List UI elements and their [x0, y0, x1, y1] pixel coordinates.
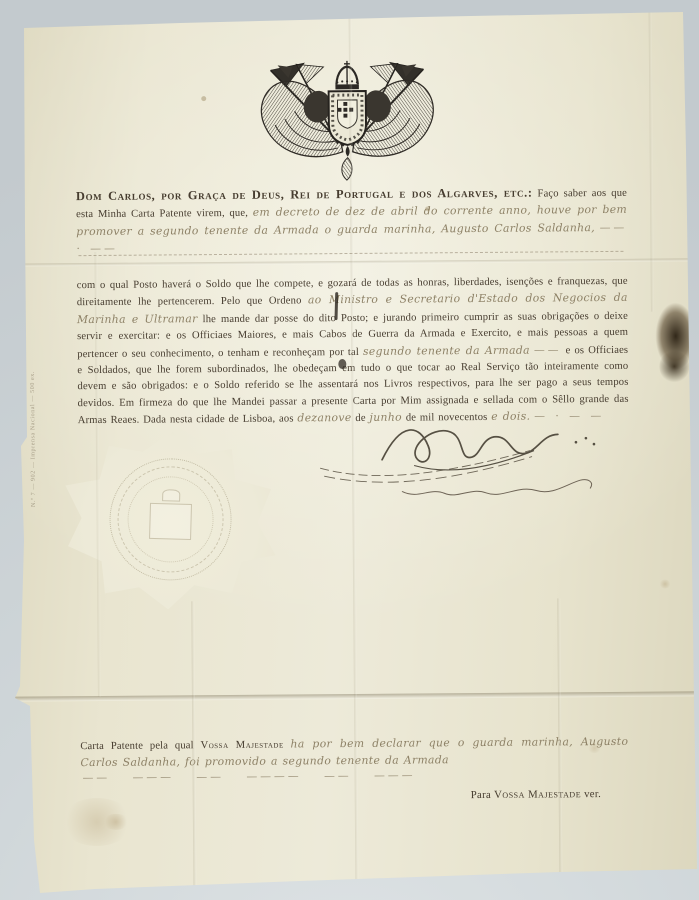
- foxing-spot: [587, 743, 601, 753]
- blank-fill-row: —— ——— —— ———— —— ———: [83, 766, 623, 787]
- approval-line: Para Vossa Majestade ver.: [471, 788, 602, 801]
- foxing-spot: [659, 579, 671, 588]
- foxing-dot: [425, 206, 430, 211]
- photo-background: Dom Carlos, por Graça de Deus, Rei de Po…: [0, 0, 699, 900]
- approval-majesty-smallcaps: Vossa Majestade: [494, 788, 581, 801]
- royal-salutation: Dom Carlos, por Graça de Deus, Rei de Po…: [76, 186, 533, 204]
- ink-blot-mark: [338, 359, 346, 369]
- approval-post: ver.: [584, 788, 601, 800]
- document-paper: Dom Carlos, por Graça de Deus, Rei de Po…: [0, 0, 699, 900]
- foxing-dot: [201, 96, 206, 101]
- seal-shield: [149, 503, 192, 540]
- closing-majesty-smallcaps: Vossa Majestade: [201, 740, 284, 752]
- blank-fill-dashes: ——: [534, 343, 562, 356]
- fold-crease-vertical-edge: [649, 12, 654, 312]
- printer-imprint: N.º 7 — 902 — Imprensa Nacional — 500 ex…: [30, 354, 44, 524]
- royal-signature-flourish: [318, 400, 641, 507]
- document-content: Dom Carlos, por Graça de Deus, Rei de Po…: [0, 0, 699, 900]
- royal-coat-of-arms-icon: [249, 55, 446, 186]
- approval-pre: Para: [471, 789, 491, 801]
- embossed-seal: [62, 429, 279, 613]
- seal-crown: [162, 489, 180, 501]
- countersignature-scribble: [402, 480, 591, 496]
- closing-printed-text: Carta Patente pela qual: [80, 740, 194, 752]
- ink-stain-right-edge-lobe: [659, 349, 689, 383]
- fold-crease-horizontal-lower: [2, 691, 699, 701]
- body-handwritten-rank: segundo tenente da Armada: [363, 343, 530, 357]
- fold-crease-horizontal-upper: [0, 258, 698, 266]
